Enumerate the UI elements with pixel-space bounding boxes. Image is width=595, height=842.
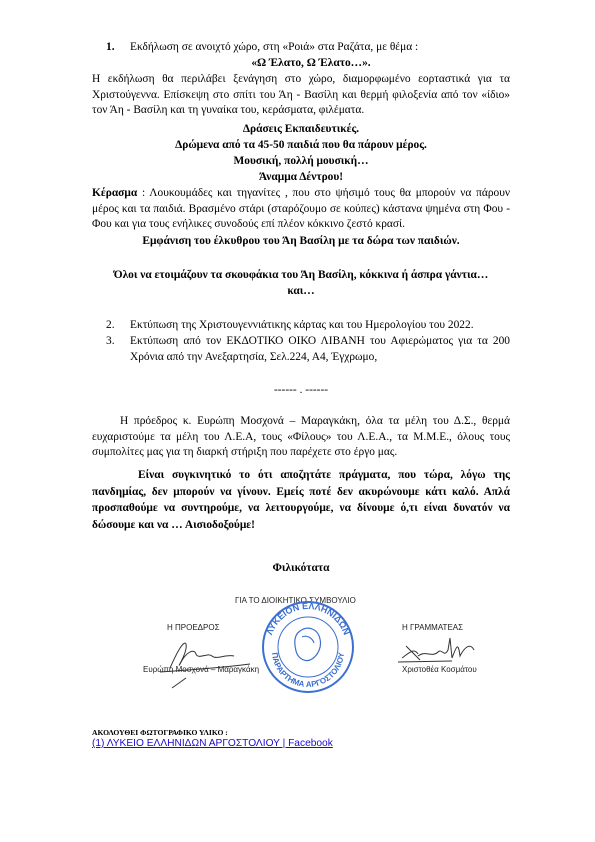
president-signature-icon [150, 630, 260, 690]
list-number: 3. [92, 334, 130, 365]
list-text: Εκδήλωση σε ανοιχτό χώρο, στη «Ροιά» στα… [130, 40, 510, 56]
list-item-3: 3. Εκτύπωση από τον ΕΚΔΟΤΙΚΟ ΟΙΚΟ ΛΙΒΑΝΗ… [92, 334, 510, 365]
event-theme: «Ω Έλατο, Ω Έλατο…». [112, 56, 510, 72]
treat-text: : Λουκουμάδες και τηγανίτες , που στο ψή… [92, 187, 510, 230]
secretary-name: Χριστοθέα Κοσμάτου [402, 665, 477, 674]
secretary-signature-icon [392, 628, 482, 668]
highlight-2: Δρώμενα από τα 45-50 παιδιά που θα πάρου… [92, 138, 510, 154]
facebook-link[interactable]: (1) ΛΥΚΕΙΟ ΕΛΛΗΝΙΔΩΝ ΑΡΓΟΣΤΟΛΙΟΥ | Faceb… [92, 738, 333, 749]
prepare-line-1: Όλοι να ετοιμάζουν τα σκουφάκια του Άη Β… [92, 268, 510, 284]
list-text: Εκτύπωση από τον ΕΚΔΟΤΙΚΟ ΟΙΚΟ ΛΙΒΑΝΗ το… [130, 334, 510, 365]
svg-text:ΛΥΚΕΙΟΝ ΕΛΛΗΝΙΔΩΝ: ΛΥΚΕΙΟΝ ΕΛΛΗΝΙΔΩΝ [264, 601, 352, 636]
prepare-line-2: και… [92, 284, 510, 300]
photo-material-label: ΑΚΟΛΟΥΘΕΙ ΦΩΤΟΓΡΑΦΙΚΟ ΥΛΙΚΟ : [92, 728, 228, 737]
thanks-paragraph: Η πρόεδρος κ. Ευρώπη Μοσχονά – Μαραγκάκη… [92, 414, 510, 461]
treat-label: Κέρασμα [92, 187, 137, 199]
list-item-1: 1. Εκδήλωση σε ανοιχτό χώρο, στη «Ροιά» … [92, 40, 510, 56]
sleigh-line: Εμφάνιση του έλκυθρου του Άη Βασίλη με τ… [92, 234, 510, 250]
list-item-2: 2. Εκτύπωση της Χριστουγεννιάτικης κάρτα… [92, 318, 510, 334]
regards: Φιλικότατα [92, 561, 510, 577]
closing-paragraph: Είναι συγκινητικό το ότι αποζητάτε πράγμ… [92, 467, 510, 533]
list-number: 2. [92, 318, 130, 334]
president-name: Ευρώπη Μοσχονά – Μαραγκάκη [143, 665, 259, 674]
board-label: ΓΙΑ ΤΟ ΔΙΟΙΚΗΤΙΚΟ ΣΥΜΒΟΥΛΙΟ [235, 596, 356, 605]
treat-paragraph: Κέρασμα : Λουκουμάδες και τηγανίτες , πο… [92, 186, 510, 233]
stamp-bottom-text: ΠΑΡΑΡΤΗΜΑ ΑΡΓΟΣΤΟΛΙΟΥ [270, 651, 346, 689]
event-description: Η εκδήλωση θα περιλάβει ξενάγηση στο χώρ… [92, 72, 510, 119]
stamp-top-text: ΛΥΚΕΙΟΝ ΕΛΛΗΝΙΔΩΝ [264, 601, 352, 636]
separator: ------ . ------ [92, 383, 510, 399]
president-title: Η ΠΡΟΕΔΡΟΣ [167, 623, 220, 632]
secretary-title: Η ΓΡΑΜΜΑΤΕΑΣ [402, 623, 463, 632]
list-number: 1. [92, 40, 130, 56]
highlight-3: Μουσική, πολλή μουσική… [92, 154, 510, 170]
list-text: Εκτύπωση της Χριστουγεννιάτικης κάρτας κ… [130, 318, 510, 334]
svg-text:ΠΑΡΑΡΤΗΜΑ ΑΡΓΟΣΤΟΛΙΟΥ: ΠΑΡΑΡΤΗΜΑ ΑΡΓΟΣΤΟΛΙΟΥ [270, 651, 346, 689]
highlight-4: Άναμμα Δέντρου! [92, 170, 510, 186]
organization-stamp-icon: ΛΥΚΕΙΟΝ ΕΛΛΗΝΙΔΩΝ ΠΑΡΑΡΤΗΜΑ ΑΡΓΟΣΤΟΛΙΟΥ [258, 597, 358, 697]
highlight-1: Δράσεις Εκπαιδευτικές. [92, 122, 510, 138]
